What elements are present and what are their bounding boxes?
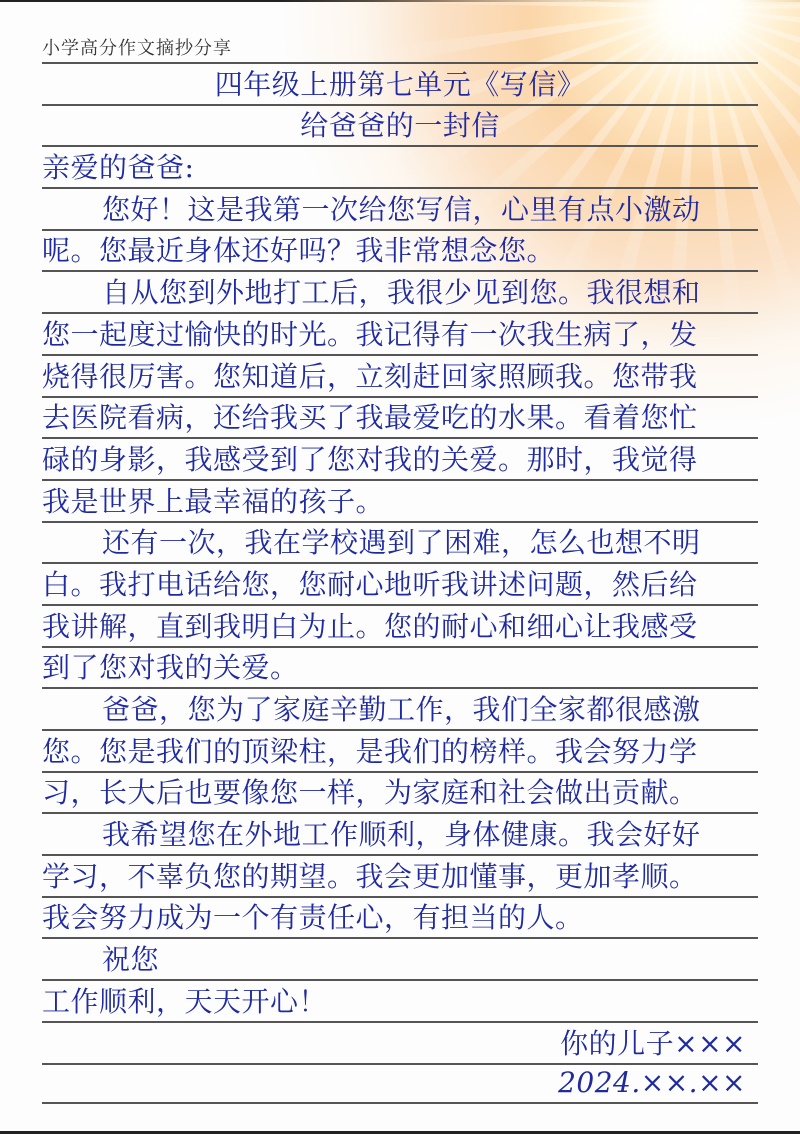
letter-line: 爸爸，您为了家庭辛勤工作，我们全家都很感激 xyxy=(42,687,758,729)
letter-line: 您好！这是我第一次给您写信，心里有点小激动 xyxy=(42,187,758,229)
letter-line: 祝您 xyxy=(42,937,758,979)
letter-line-text: 您一起度过愉快的时光。我记得有一次我生病了，发 xyxy=(42,318,758,352)
letter-line-text: 碌的身影，我感受到了您对我的关爱。那时，我觉得 xyxy=(42,443,758,477)
letter-line: 到了您对我的关爱。 xyxy=(42,646,758,688)
letter-line-text: 我是世界上最幸福的孩子。 xyxy=(42,485,758,519)
letter-line-text: 习，长大后也要像您一样，为家庭和社会做出贡献。 xyxy=(42,776,758,810)
letter-line-text: 自从您到外地打工后，我很少见到您。我很想和 xyxy=(42,276,758,310)
letter-title: 给爸爸的一封信 xyxy=(42,109,758,143)
letter-line: 自从您到外地打工后，我很少见到您。我很想和 xyxy=(42,270,758,312)
letter-line-text: 去医院看病，还给我买了我最爱吃的水果。看着您忙 xyxy=(42,401,758,435)
letter-line: 呢。您最近身体还好吗？我非常想念您。 xyxy=(42,229,758,271)
letter-line: 烧得很厉害。您知道后，立刻赶回家照顾我。您带我 xyxy=(42,354,758,396)
unit-title: 四年级上册第七单元《写信》 xyxy=(42,68,758,102)
letter-line: 您一起度过愉快的时光。我记得有一次我生病了，发 xyxy=(42,312,758,354)
letter-line: 去医院看病，还给我买了我最爱吃的水果。看着您忙 xyxy=(42,396,758,438)
letter-line-text: 学习，不辜负您的期望。我会更加懂事，更加孝顺。 xyxy=(42,860,758,894)
letter-line: 您。您是我们的顶梁柱，是我们的榜样。我会努力学 xyxy=(42,729,758,771)
source-label: 小学高分作文摘抄分享 xyxy=(42,34,232,60)
lined-paper: 四年级上册第七单元《写信》 给爸爸的一封信 亲爱的爸爸: 您好！这是我第一次给您… xyxy=(42,62,758,1104)
letter-date: 2024.××.×× xyxy=(42,1066,758,1100)
letter-line-text: 爸爸，您为了家庭辛勤工作，我们全家都很感激 xyxy=(42,693,758,727)
unit-title-line: 四年级上册第七单元《写信》 xyxy=(42,62,758,104)
signature-line: 你的儿子××× xyxy=(42,1021,758,1063)
letter-line: 我讲解，直到我明白为止。您的耐心和细心让我感受 xyxy=(42,604,758,646)
letter-line-text: 我会努力成为一个有责任心，有担当的人。 xyxy=(42,901,758,935)
letter-line-text: 到了您对我的关爱。 xyxy=(42,651,758,685)
letter-line: 工作顺利，天天开心！ xyxy=(42,979,758,1021)
letter-line-text: 工作顺利，天天开心！ xyxy=(42,985,758,1019)
letter-line-text: 呢。您最近身体还好吗？我非常想念您。 xyxy=(42,234,758,268)
greeting-line: 亲爱的爸爸: xyxy=(42,145,758,187)
letter-line-text: 还有一次，我在学校遇到了困难，怎么也想不明 xyxy=(42,526,758,560)
letter-line: 学习，不辜负您的期望。我会更加懂事，更加孝顺。 xyxy=(42,854,758,896)
letter-line: 白。我打电话给您，您耐心地听我讲述问题，然后给 xyxy=(42,562,758,604)
letter-line-text: 我讲解，直到我明白为止。您的耐心和细心让我感受 xyxy=(42,610,758,644)
letter-line: 我是世界上最幸福的孩子。 xyxy=(42,479,758,521)
letter-line: 习，长大后也要像您一样，为家庭和社会做出贡献。 xyxy=(42,771,758,813)
letter-line: 我会努力成为一个有责任心，有担当的人。 xyxy=(42,896,758,938)
letter-line-text: 您好！这是我第一次给您写信，心里有点小激动 xyxy=(42,193,758,227)
greeting: 亲爱的爸爸: xyxy=(42,151,758,185)
letter-line-text: 祝您 xyxy=(42,943,758,977)
letter-line-text: 我希望您在外地工作顺利，身体健康。我会好好 xyxy=(42,818,758,852)
letter-line: 还有一次，我在学校遇到了困难，怎么也想不明 xyxy=(42,521,758,563)
letter-line: 我希望您在外地工作顺利，身体健康。我会好好 xyxy=(42,812,758,854)
signature: 你的儿子××× xyxy=(42,1027,758,1061)
letter-line-text: 白。我打电话给您，您耐心地听我讲述问题，然后给 xyxy=(42,568,758,602)
letter-line: 碌的身影，我感受到了您对我的关爱。那时，我觉得 xyxy=(42,437,758,479)
letter-title-line: 给爸爸的一封信 xyxy=(42,104,758,146)
letter-line-text: 烧得很厉害。您知道后，立刻赶回家照顾我。您带我 xyxy=(42,360,758,394)
letter-line-text: 您。您是我们的顶梁柱，是我们的榜样。我会努力学 xyxy=(42,735,758,769)
date-line: 2024.××.×× xyxy=(42,1063,758,1105)
